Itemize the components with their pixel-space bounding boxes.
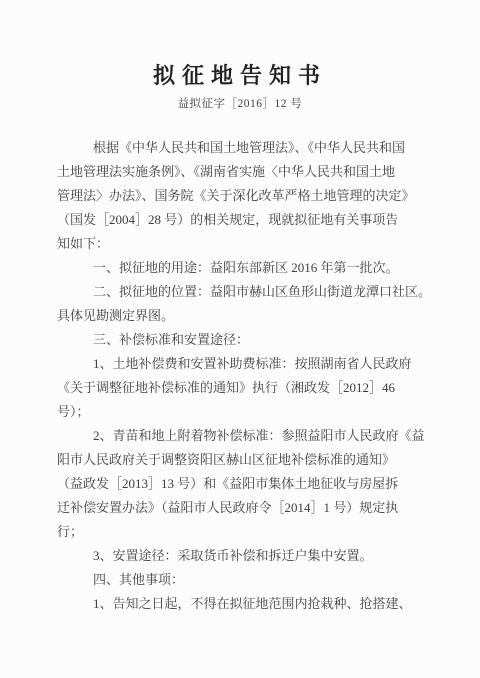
- text-line: 土地管理法实施条例》、《湖南省实施〈中华人民共和国土地: [57, 160, 432, 184]
- text-line: 三、补偿标准和安置途径：: [57, 328, 432, 352]
- text-line: 2、青苗和地上附着物补偿标准：参照益阳市人民政府《益: [57, 424, 432, 448]
- text-line: 一、拟征地的用途：益阳东部新区 2016 年第一批次。: [57, 256, 432, 280]
- paragraph: 3、安置途径：采取货币补偿和拆迁户集中安置。: [57, 544, 432, 568]
- text-line: 阳市人民政府关于调整资阳区赫山区征地补偿标准的通知》: [57, 448, 432, 472]
- paragraph: 二、拟征地的位置：益阳市赫山区鱼形山街道龙潭口社区。具体见勘测定界图。: [57, 280, 432, 328]
- text-line: （国发［2004］28 号）的相关规定，现就拟征地有关事项告: [57, 208, 432, 232]
- paragraph: 根据《中华人民共和国土地管理法》、《中华人民共和国土地管理法实施条例》、《湖南省…: [57, 136, 432, 256]
- text-line: 管理法〉办法》、国务院《关于深化改革严格土地管理的决定》: [57, 184, 432, 208]
- page: 拟征地告知书 益拟征字［2016］12 号 根据《中华人民共和国土地管理法》、《…: [0, 0, 480, 678]
- text-line: 行；: [57, 520, 432, 544]
- text-line: 知如下：: [57, 232, 432, 256]
- document-number: 益拟征字［2016］12 号: [0, 95, 480, 111]
- text-line: （益政发［2013］13 号）和《益阳市集体土地征收与房屋拆: [57, 472, 432, 496]
- paragraph: 1、土地补偿费和安置补助费标准：按照湖南省人民政府《关于调整征地补偿标准的通知》…: [57, 352, 432, 424]
- text-line: 3、安置途径：采取货币补偿和拆迁户集中安置。: [57, 544, 432, 568]
- text-line: 1、告知之日起，不得在拟征地范围内抢栽种、抢搭建、: [57, 592, 432, 616]
- text-line: 迁补偿安置办法》（益阳市人民政府令［2014］1 号）规定执: [57, 496, 432, 520]
- paragraph: 四、其他事项：: [57, 568, 432, 592]
- paragraph: 2、青苗和地上附着物补偿标准：参照益阳市人民政府《益阳市人民政府关于调整资阳区赫…: [57, 424, 432, 544]
- text-line: 二、拟征地的位置：益阳市赫山区鱼形山街道龙潭口社区。: [57, 280, 432, 304]
- text-line: 具体见勘测定界图。: [57, 304, 432, 328]
- paragraph: 三、补偿标准和安置途径：: [57, 328, 432, 352]
- document-body: 根据《中华人民共和国土地管理法》、《中华人民共和国土地管理法实施条例》、《湖南省…: [0, 136, 480, 616]
- paragraph: 一、拟征地的用途：益阳东部新区 2016 年第一批次。: [57, 256, 432, 280]
- paragraph: 1、告知之日起，不得在拟征地范围内抢栽种、抢搭建、: [57, 592, 432, 616]
- text-line: 《关于调整征地补偿标准的通知》执行（湘政发［2012］46: [57, 376, 432, 400]
- text-line: 四、其他事项：: [57, 568, 432, 592]
- text-line: 1、土地补偿费和安置补助费标准：按照湖南省人民政府: [57, 352, 432, 376]
- text-line: 号）；: [57, 400, 432, 424]
- text-line: 根据《中华人民共和国土地管理法》、《中华人民共和国: [57, 136, 432, 160]
- document-title: 拟征地告知书: [0, 0, 480, 91]
